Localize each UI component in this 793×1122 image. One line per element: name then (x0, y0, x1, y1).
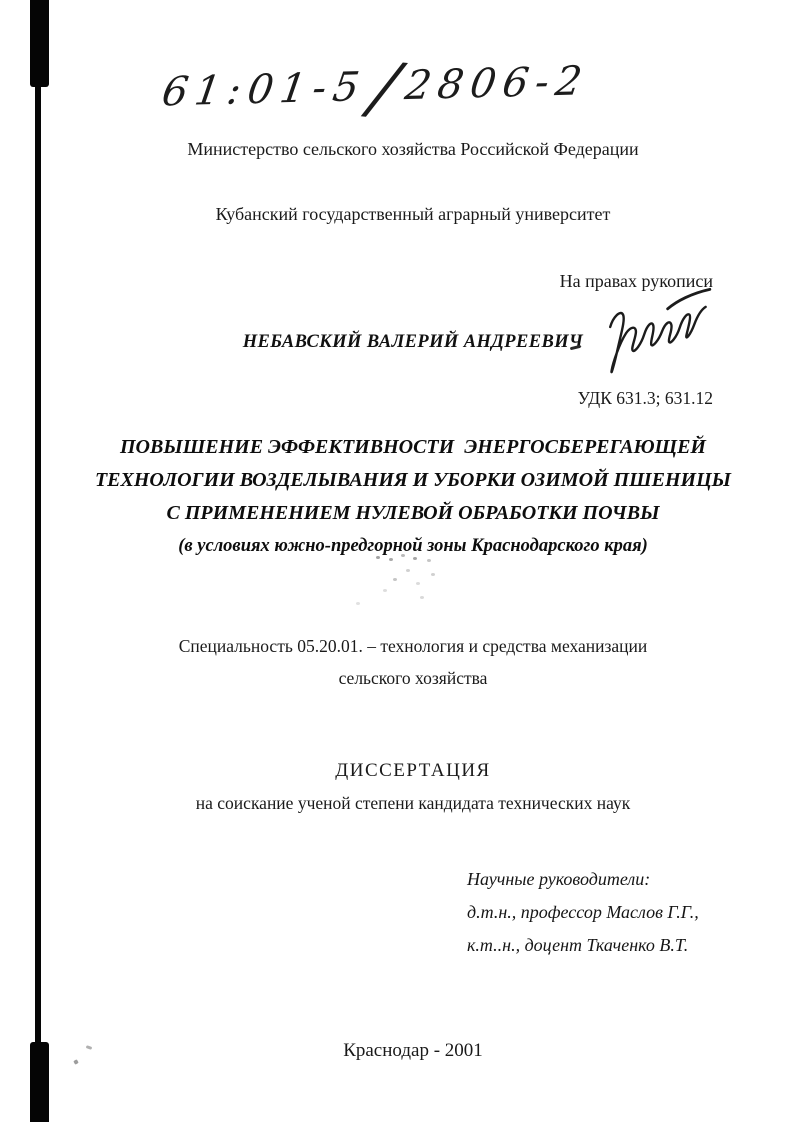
dissertation-title-page: 61:01-5/2806-2 Министерство сельского хо… (0, 0, 793, 1122)
scan-edge-top (30, 0, 49, 87)
catalog-number: 61:01-5/2806-2 (154, 58, 586, 147)
supervisor-line-2: к.т..н., доцент Ткаченко В.Т. (467, 935, 699, 956)
degree-line: на соискание ученой степени кандидата те… (33, 793, 793, 814)
city-year-footer: Краснодар - 2001 (33, 1040, 793, 1062)
title-line-1: ПОВЫШЕНИЕ ЭФФЕКТИВНОСТИ ЭНЕРГОСБЕРЕГАЮЩЕ… (33, 436, 793, 459)
title-line-4: (в условиях южно-предгорной зоны Краснод… (33, 536, 793, 557)
title-line-3: С ПРИМЕНЕНИЕМ НУЛЕВОЙ ОБРАБОТКИ ПОЧВЫ (33, 502, 793, 525)
university-line: Кубанский государственный аграрный униве… (33, 204, 793, 225)
supervisors-block: Научные руководители: д.т.н., профессор … (467, 869, 699, 968)
scan-artifact-smudge (376, 556, 380, 559)
specialty-line-1: Специальность 05.20.01. – технология и с… (33, 636, 793, 657)
supervisors-heading: Научные руководители: (467, 869, 699, 890)
specialty-line-2: сельского хозяйства (33, 668, 793, 689)
title-line-2: ТЕХНОЛОГИИ ВОЗДЕЛЫВАНИЯ И УБОРКИ ОЗИМОЙ … (33, 469, 793, 492)
catalog-number-slash: / (374, 88, 403, 90)
document-type-heading: ДИССЕРТАЦИЯ (33, 760, 793, 782)
udk-number: УДК 631.3; 631.12 (578, 388, 713, 409)
ministry-line: Министерство сельского хозяйства Российс… (33, 139, 793, 160)
catalog-number-right: 2806-2 (402, 58, 592, 109)
catalog-number-left: 61:01-5 (159, 64, 369, 116)
supervisor-line-1: д.т.н., профессор Маслов Г.Г., (467, 902, 699, 923)
author-signature (592, 282, 725, 382)
